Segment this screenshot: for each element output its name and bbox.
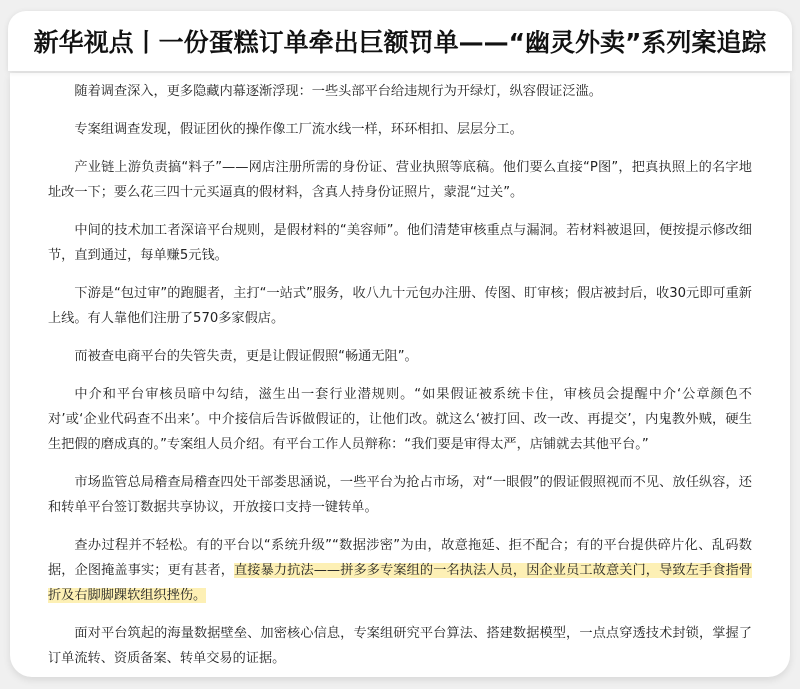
paragraph: 而被查电商平台的失管失责，更是让假证假照“畅通无阻”。 bbox=[48, 344, 752, 369]
paragraph: 面对平台筑起的海量数据壁垒、加密核心信息，专案组研究平台算法、搭建数据模型，一点… bbox=[48, 621, 752, 671]
article-body: 随着调查深入，更多隐藏内幕逐渐浮现：一些头部平台给违规行为开绿灯，纵容假证泛滥。… bbox=[48, 79, 752, 684]
headline-card: 新华视点丨一份蛋糕订单牵出巨额罚单——“幽灵外卖”系列案追踪 bbox=[8, 11, 792, 71]
paragraph: 中介和平台审核员暗中勾结，滋生出一套行业潜规则。“如果假证被系统卡住，审核员会提… bbox=[48, 382, 752, 457]
article-title: 新华视点丨一份蛋糕订单牵出巨额罚单——“幽灵外卖”系列案追踪 bbox=[34, 23, 767, 59]
paragraph: 产业链上游负责搞“料子”——网店注册所需的身份证、营业执照等底稿。他们要么直接“… bbox=[48, 155, 752, 205]
paragraph: 下游是“包过审”的跑腿者，主打“一站式”服务，收八九十元包办注册、传图、盯审核；… bbox=[48, 281, 752, 331]
paragraph: 市场监管总局稽查局稽查四处干部娄思涵说，一些平台为抢占市场，对“一眼假”的假证假… bbox=[48, 470, 752, 520]
paragraph-with-highlight: 查办过程并不轻松。有的平台以“系统升级”“数据涉密”为由，故意拖延、拒不配合；有… bbox=[48, 533, 752, 608]
paragraph: 中间的技术加工者深谙平台规则，是假材料的“美容师”。他们清楚审核重点与漏洞。若材… bbox=[48, 218, 752, 268]
paragraph: 专案组调查发现，假证团伙的操作像工厂流水线一样，环环相扣、层层分工。 bbox=[48, 117, 752, 142]
article-card: 随着调查深入，更多隐藏内幕逐渐浮现：一些头部平台给违规行为开绿灯，纵容假证泛滥。… bbox=[10, 73, 790, 677]
paragraph: 随着调查深入，更多隐藏内幕逐渐浮现：一些头部平台给违规行为开绿灯，纵容假证泛滥。 bbox=[48, 79, 752, 104]
